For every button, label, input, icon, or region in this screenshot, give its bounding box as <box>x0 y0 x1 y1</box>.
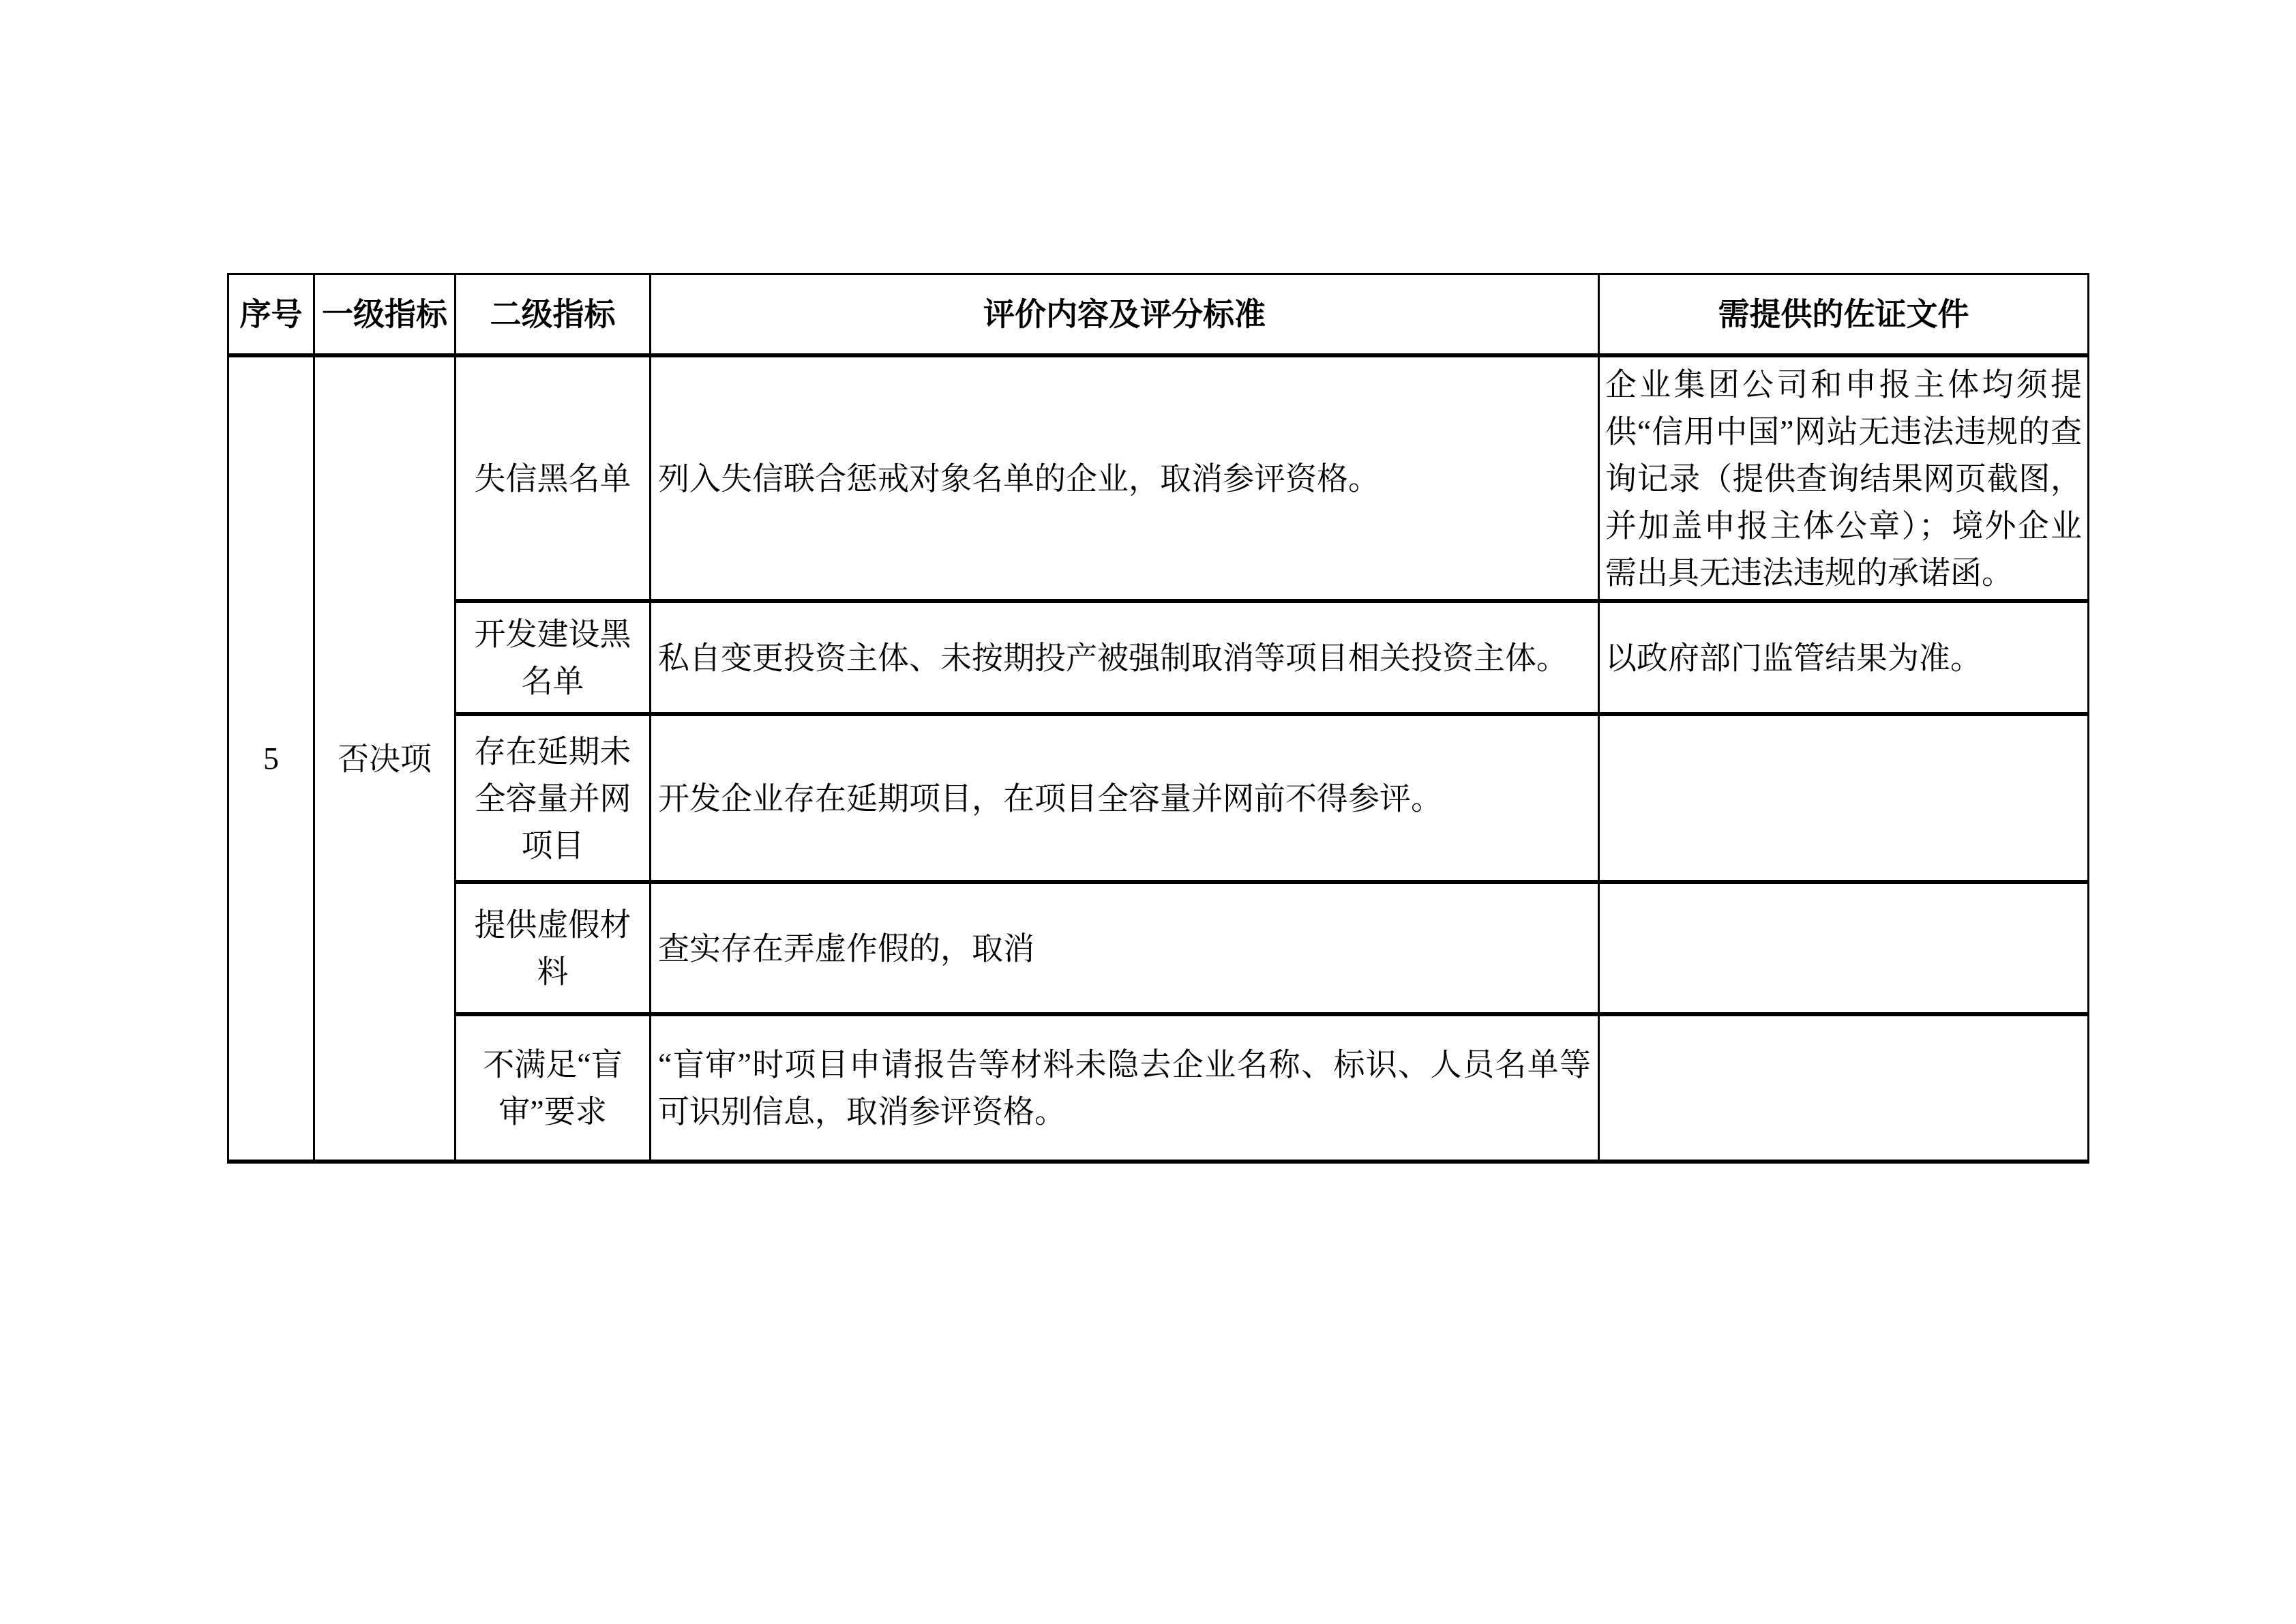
cell-level2-indicator: 失信黑名单 <box>456 355 651 601</box>
header-evaluation-criteria: 评价内容及评分标准 <box>651 274 1599 356</box>
cell-level1-veto-item: 否决项 <box>314 355 456 1162</box>
header-level1-indicator: 一级指标 <box>314 274 456 356</box>
cell-evidence <box>1599 882 2089 1014</box>
cell-evidence <box>1599 714 2089 882</box>
document-page: 序号 一级指标 二级指标 评价内容及评分标准 需提供的佐证文件 5 否决项 失信… <box>0 0 2296 1624</box>
cell-evidence: 以政府部门监管结果为准。 <box>1599 601 2089 714</box>
cell-level2-indicator: 提供虚假材料 <box>456 882 651 1014</box>
cell-evaluation-content: 开发企业存在延期项目，在项目全容量并网前不得参评。 <box>651 714 1599 882</box>
cell-evaluation-content: 列入失信联合惩戒对象名单的企业，取消参评资格。 <box>651 355 1599 601</box>
cell-serial-number: 5 <box>228 355 314 1162</box>
header-level2-indicator: 二级指标 <box>456 274 651 356</box>
cell-evidence <box>1599 1014 2089 1162</box>
table-row-blind-review: 不满足“盲审”要求 “盲审”时项目申请报告等材料未隐去企业名称、标识、人员名单等… <box>228 1014 2089 1162</box>
cell-evaluation-content: “盲审”时项目申请报告等材料未隐去企业名称、标识、人员名单等可识别信息，取消参评… <box>651 1014 1599 1162</box>
table-row-construction-blacklist: 开发建设黑名单 私自变更投资主体、未按期投产被强制取消等项目相关投资主体。 以政… <box>228 601 2089 714</box>
table-row-false-materials: 提供虚假材料 查实存在弄虚作假的，取消 <box>228 882 2089 1014</box>
cell-level2-indicator: 开发建设黑名单 <box>456 601 651 714</box>
cell-evaluation-content: 查实存在弄虚作假的，取消 <box>651 882 1599 1014</box>
header-serial: 序号 <box>228 274 314 356</box>
cell-evidence: 企业集团公司和申报主体均须提供“信用中国”网站无违法违规的查询记录（提供查询结果… <box>1599 355 2089 601</box>
header-row: 序号 一级指标 二级指标 评价内容及评分标准 需提供的佐证文件 <box>228 274 2089 356</box>
cell-level2-indicator: 存在延期未全容量并网项目 <box>456 714 651 882</box>
table-row-delayed-grid-connection: 存在延期未全容量并网项目 开发企业存在延期项目，在项目全容量并网前不得参评。 <box>228 714 2089 882</box>
table-row-blacklist-dishonesty: 5 否决项 失信黑名单 列入失信联合惩戒对象名单的企业，取消参评资格。 企业集团… <box>228 355 2089 601</box>
evaluation-table: 序号 一级指标 二级指标 评价内容及评分标准 需提供的佐证文件 5 否决项 失信… <box>227 273 2089 1164</box>
cell-evaluation-content: 私自变更投资主体、未按期投产被强制取消等项目相关投资主体。 <box>651 601 1599 714</box>
cell-level2-indicator: 不满足“盲审”要求 <box>456 1014 651 1162</box>
header-supporting-documents: 需提供的佐证文件 <box>1599 274 2089 356</box>
